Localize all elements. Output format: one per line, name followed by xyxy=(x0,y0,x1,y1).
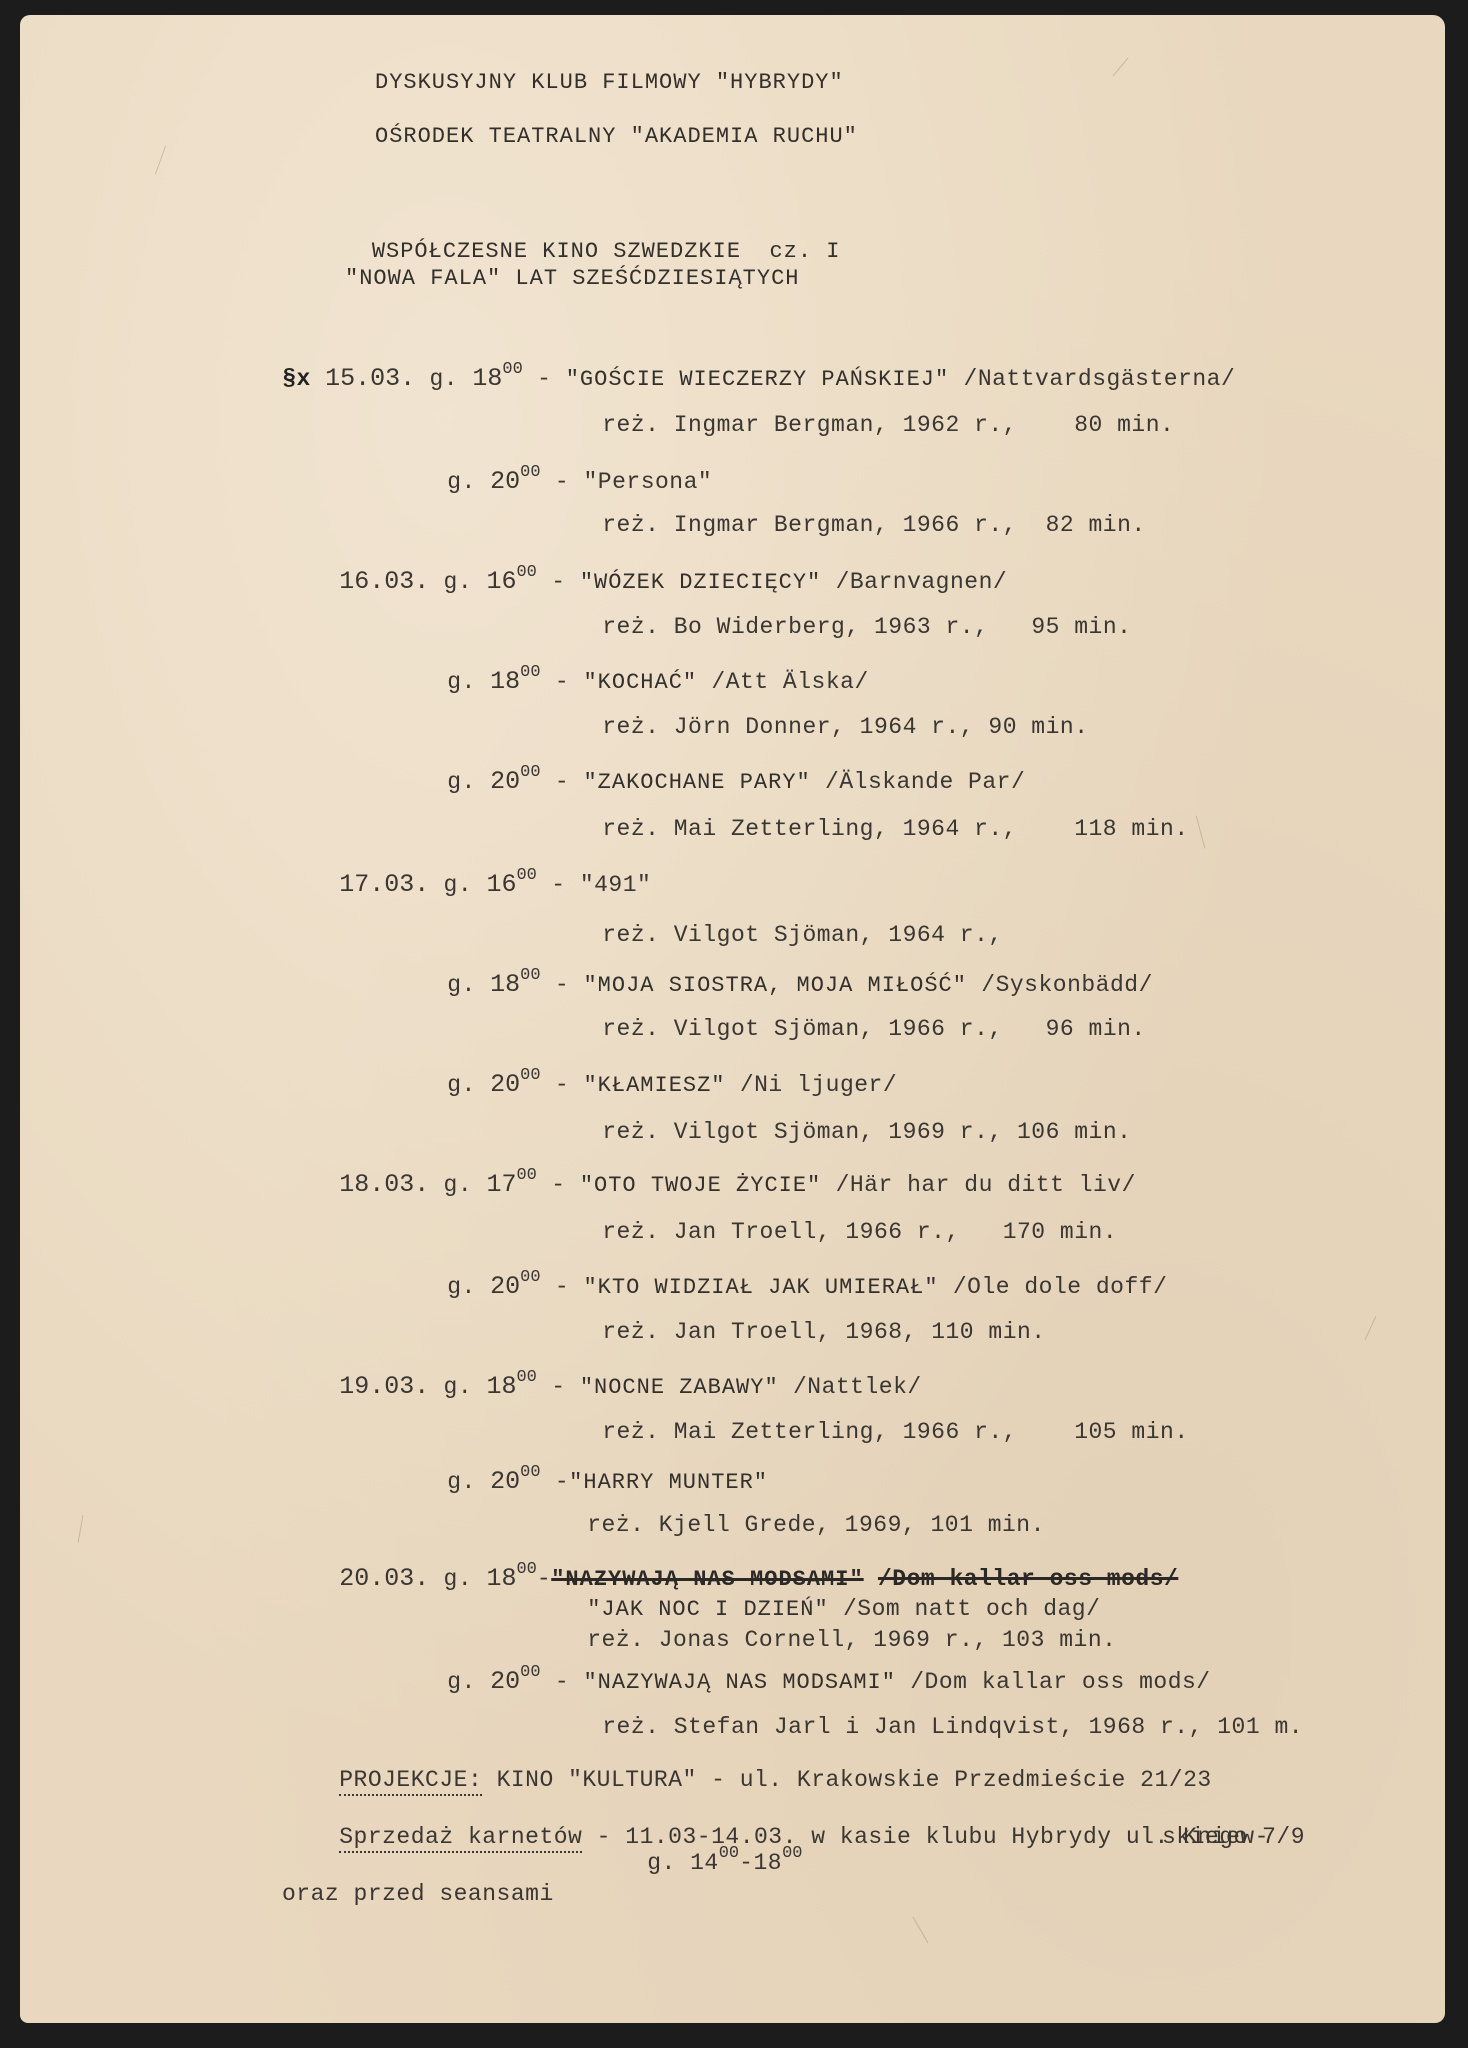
film-runtime: 90 min. xyxy=(988,714,1088,740)
time-prefix: g. xyxy=(447,1469,476,1495)
film-credits: reż. Jan Troell, 1966 r., xyxy=(602,1219,960,1245)
film-credits: reż. Mai Zetterling, 1964 r., xyxy=(602,816,1017,842)
sales-hours-to: -18 xyxy=(739,1850,782,1876)
film-runtime: 106 min. xyxy=(1017,1119,1131,1145)
time-hour: 16 xyxy=(486,567,516,596)
film-runtime: 110 min. xyxy=(931,1319,1045,1345)
time-hour: 20 xyxy=(490,1467,520,1496)
film-credits: reż. Jan Troell, 1968, xyxy=(602,1319,917,1345)
time-prefix: g. xyxy=(447,1072,476,1098)
time-prefix: g. xyxy=(444,872,473,898)
time-minutes: 00 xyxy=(520,1663,540,1682)
time-prefix: g. xyxy=(444,1374,473,1400)
screening-date: 15.03. xyxy=(325,364,415,393)
time-minutes: 00 xyxy=(520,763,540,782)
projections-venue: KINO "KULTURA" - ul. Krakowskie Przedmie… xyxy=(497,1767,1212,1793)
film-credits: reż. Ingmar Bergman, 1966 r., xyxy=(602,512,1017,538)
sales-hours-from-minutes: 00 xyxy=(719,1844,739,1863)
film-runtime: 170 min. xyxy=(1003,1219,1117,1245)
time-prefix: g. xyxy=(447,669,476,695)
film-credits: reż. Ingmar Bergman, 1962 r., xyxy=(602,412,1017,438)
film-credits: reż. Jörn Donner, 1964 r., xyxy=(602,714,974,740)
time-hour: 20 xyxy=(490,1272,520,1301)
time-minutes: 00 xyxy=(516,1368,536,1387)
time-prefix: g. xyxy=(444,569,473,595)
paper-fiber xyxy=(155,146,166,175)
time-prefix: g. xyxy=(444,1172,473,1198)
film-runtime: 101 min. xyxy=(930,1512,1044,1538)
screening-date: 18.03. xyxy=(339,1170,429,1199)
series-title: WSPÓŁCZESNE KINO SZWEDZKIE xyxy=(372,239,741,264)
time-minutes: 00 xyxy=(516,866,536,885)
screening-date: 17.03. xyxy=(339,870,429,899)
time-minutes: 00 xyxy=(520,1066,540,1085)
film-credits: reż. Vilgot Sjöman, 1969 r., xyxy=(602,1119,1002,1145)
time-hour: 18 xyxy=(490,970,520,999)
film-runtime: 95 min. xyxy=(1031,614,1131,640)
film-runtime: 118 min. xyxy=(1074,816,1188,842)
ticket-sales-extra: oraz przed seansami xyxy=(282,1880,554,1908)
series-subtitle: "NOWA FALA" LAT SZEŚĆDZIESIĄTYCH xyxy=(345,265,799,293)
film-credits: reż. Vilgot Sjöman, 1966 r., xyxy=(602,1016,1002,1042)
header-club-name: DYSKUSYJNY KLUB FILMOWY "HYBRYDY" xyxy=(375,69,844,97)
paper-fiber xyxy=(1365,1316,1377,1340)
time-hour: 18 xyxy=(486,1564,516,1593)
time-minutes: 00 xyxy=(516,1166,536,1185)
screening-date: 20.03. xyxy=(339,1564,429,1593)
film-credits: reż. Stefan Jarl i Jan Lindqvist, 1968 r… xyxy=(602,1714,1203,1740)
time-minutes: 00 xyxy=(502,360,522,379)
time-hour: 18 xyxy=(472,364,502,393)
time-prefix: g. xyxy=(429,366,458,392)
ticket-sales-label: Sprzedaż karnetów xyxy=(339,1824,582,1853)
screening-date: 19.03. xyxy=(339,1372,429,1401)
series-part: cz. I xyxy=(769,239,840,264)
time-minutes: 00 xyxy=(520,966,540,985)
margin-mark: §x xyxy=(282,366,311,392)
film-runtime: 101 m. xyxy=(1217,1714,1303,1740)
paper-fiber xyxy=(913,1917,929,1943)
time-minutes: 00 xyxy=(516,563,536,582)
time-prefix: g. xyxy=(444,1566,473,1592)
ticket-sales-address-cont: skiego 7/9 xyxy=(1162,1823,1305,1851)
time-prefix: g. xyxy=(447,1274,476,1300)
film-credits: reż. Bo Widerberg, 1963 r., xyxy=(602,614,988,640)
time-minutes: 00 xyxy=(520,463,540,482)
header-theatre-name: OŚRODEK TEATRALNY "AKADEMIA RUCHU" xyxy=(375,123,858,151)
time-hour: 20 xyxy=(490,1070,520,1099)
sales-hours-to-minutes: 00 xyxy=(782,1844,802,1863)
film-runtime: 96 min. xyxy=(1046,1016,1146,1042)
screening-date: 16.03. xyxy=(339,567,429,596)
projections-label: PROJEKCJE: xyxy=(339,1767,482,1796)
ticket-sales-hours: g. 1400-1800 xyxy=(590,1821,802,1908)
time-hour: 18 xyxy=(490,667,520,696)
time-hour: 18 xyxy=(486,1372,516,1401)
time-minutes: 00 xyxy=(520,663,540,682)
time-hour: 17 xyxy=(486,1170,516,1199)
paper-fiber xyxy=(1196,815,1206,848)
film-runtime: 82 min. xyxy=(1046,512,1146,538)
film-runtime: 105 min. xyxy=(1074,1419,1188,1445)
sales-hours-from: g. 14 xyxy=(647,1850,719,1876)
typewritten-document: DYSKUSYJNY KLUB FILMOWY "HYBRYDY" OŚRODE… xyxy=(20,15,1445,2023)
time-hour: 20 xyxy=(490,767,520,796)
time-hour: 20 xyxy=(490,467,520,496)
time-hour: 16 xyxy=(486,870,516,899)
time-minutes: 00 xyxy=(520,1268,540,1287)
time-prefix: g. xyxy=(447,769,476,795)
time-prefix: g. xyxy=(447,1669,476,1695)
time-prefix: g. xyxy=(447,972,476,998)
time-prefix: g. xyxy=(447,469,476,495)
time-minutes: 00 xyxy=(520,1463,540,1482)
time-hour: 20 xyxy=(490,1667,520,1696)
film-credits: reż. Kjell Grede, 1969, xyxy=(587,1512,916,1538)
paper-fiber xyxy=(78,1515,84,1543)
paper-fiber xyxy=(1112,57,1128,76)
film-runtime: 80 min. xyxy=(1074,412,1174,438)
